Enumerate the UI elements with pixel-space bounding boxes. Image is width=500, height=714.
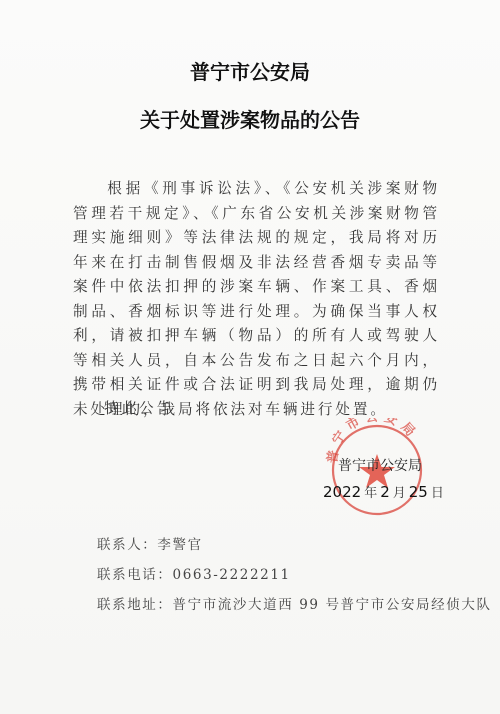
notice-body: 根据《刑事诉讼法》、《公安机关涉案财物管理若干规定》、《广东省公安机关涉案财物管… bbox=[73, 177, 440, 422]
contact-address: 联系地址：普宁市流沙大道西 99 号普宁市公安局经侦大队 bbox=[97, 593, 492, 613]
contact-phone-label: 联系电话： bbox=[97, 567, 173, 583]
contact-person: 联系人：李警官 bbox=[97, 533, 203, 553]
date-day: 25 bbox=[409, 483, 428, 501]
date-year: 2022 bbox=[323, 483, 361, 501]
date-month-unit: 月 bbox=[393, 486, 406, 501]
notice-paragraph: 根据《刑事诉讼法》、《公安机关涉案财物管理若干规定》、《广东省公安机关涉案财物管… bbox=[73, 177, 440, 422]
notice-title: 关于处置涉案物品的公告 bbox=[0, 104, 500, 133]
contact-person-value: 李警官 bbox=[157, 537, 202, 553]
signature-date: 2022年2月25日 bbox=[323, 482, 447, 501]
contact-person-label: 联系人： bbox=[97, 537, 157, 553]
date-month: 2 bbox=[380, 483, 390, 501]
document-page: 普宁市公安局 关于处置涉案物品的公告 根据《刑事诉讼法》、《公安机关涉案财物管理… bbox=[0, 0, 500, 714]
contact-phone: 联系电话：0663-2222211 bbox=[97, 563, 291, 583]
contact-address-value: 普宁市流沙大道西 99 号普宁市公安局经侦大队 bbox=[173, 597, 492, 613]
issuing-org-heading: 普宁市公安局 bbox=[0, 56, 500, 85]
contact-address-label: 联系地址： bbox=[97, 597, 173, 613]
signature-org: 普宁市公安局 bbox=[338, 455, 422, 475]
date-day-unit: 日 bbox=[431, 486, 444, 501]
closing-phrase: 特此公告 bbox=[104, 397, 174, 418]
contact-phone-value: 0663-2222211 bbox=[173, 567, 291, 583]
date-year-unit: 年 bbox=[364, 486, 377, 501]
